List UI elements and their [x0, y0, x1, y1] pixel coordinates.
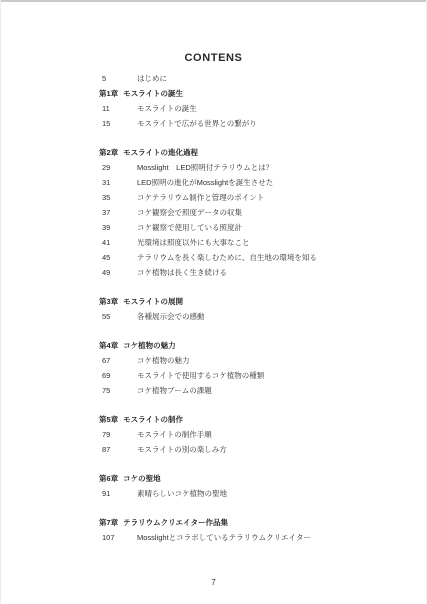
- toc-entry-row: 55各種展示会での感動: [99, 309, 411, 324]
- toc-group: 第7章テラリウムクリエイター作品集107Mosslightとコラボしているテラリ…: [99, 515, 411, 545]
- entry-page-number: 29: [102, 160, 137, 175]
- entry-title: モスライトで広がる世界との繋がり: [137, 116, 257, 131]
- entry-page-number: 45: [102, 250, 137, 265]
- entry-title: Mosslightとコラボしているテラリウムクリエイター: [137, 530, 311, 545]
- entry-title: コケ観察会で照度データの収集: [137, 205, 242, 220]
- entry-page-number: 5: [102, 71, 137, 86]
- toc-entry-row: 5はじめに: [99, 71, 411, 86]
- toc-entry-row: 75コケ植物ブームの課題: [99, 383, 411, 398]
- toc-entry-row: 69モスライトで使用するコケ植物の種類: [99, 368, 411, 383]
- table-of-contents: 5はじめに第1章モスライトの誕生11モスライトの誕生15モスライトで広がる世界と…: [99, 71, 411, 559]
- entry-page-number: 41: [102, 235, 137, 250]
- toc-entry-row: 67コケ植物の魅力: [99, 353, 411, 368]
- toc-chapter-row: 第7章テラリウムクリエイター作品集: [99, 515, 411, 530]
- entry-page-number: 67: [102, 353, 137, 368]
- toc-group: 第4章コケ植物の魅力67コケ植物の魅力69モスライトで使用するコケ植物の種類75…: [99, 338, 411, 398]
- entry-page-number: 31: [102, 175, 137, 190]
- toc-entry-row: 35コケテラリウム制作と管理のポイント: [99, 190, 411, 205]
- toc-group: 第6章コケの聖地91素晴らしいコケ植物の聖地: [99, 471, 411, 501]
- toc-group: 第2章モスライトの進化過程29Mosslight LED照明付テラリウムとは？3…: [99, 145, 411, 280]
- toc-chapter-row: 第6章コケの聖地: [99, 471, 411, 486]
- entry-page-number: 35: [102, 190, 137, 205]
- entry-title: コケ植物は長く生き続ける: [137, 265, 227, 280]
- chapter-title: モスライトの展開: [123, 294, 183, 309]
- toc-chapter-row: 第3章モスライトの展開: [99, 294, 411, 309]
- toc-entry-row: 29Mosslight LED照明付テラリウムとは？: [99, 160, 411, 175]
- entry-title: モスライトの別の楽しみ方: [137, 442, 227, 457]
- toc-chapter-row: 第5章モスライトの制作: [99, 412, 411, 427]
- scan-top-edge: [0, 0, 427, 2]
- entry-title: モスライトの制作手順: [137, 427, 212, 442]
- chapter-number-label: 第4章: [99, 338, 118, 353]
- entry-title: テラリウムを長く楽しむために、自生地の環境を知る: [137, 250, 317, 265]
- footer-page-number: 7: [0, 577, 427, 589]
- entry-page-number: 75: [102, 383, 137, 398]
- toc-chapter-row: 第4章コケ植物の魅力: [99, 338, 411, 353]
- entry-title: コケ観察で使用している照度計: [137, 220, 242, 235]
- toc-entry-row: 41光環境は照度以外にも大事なこと: [99, 235, 411, 250]
- entry-title: コケ植物の魅力: [137, 353, 190, 368]
- book-contents-page: CONTENS 5はじめに第1章モスライトの誕生11モスライトの誕生15モスライ…: [0, 0, 427, 604]
- chapter-number-label: 第5章: [99, 412, 118, 427]
- toc-entry-row: 107Mosslightとコラボしているテラリウムクリエイター: [99, 530, 411, 545]
- entry-title: LED照明の進化がMosslightを誕生させた: [137, 175, 273, 190]
- entry-page-number: 15: [102, 116, 137, 131]
- toc-chapter-row: 第1章モスライトの誕生: [99, 86, 411, 101]
- toc-group: 5はじめに第1章モスライトの誕生11モスライトの誕生15モスライトで広がる世界と…: [99, 71, 411, 131]
- page-title: CONTENS: [0, 52, 427, 64]
- toc-entry-row: 91素晴らしいコケ植物の聖地: [99, 486, 411, 501]
- entry-title: モスライトの誕生: [137, 101, 197, 116]
- entry-title: コケ植物ブームの課題: [137, 383, 212, 398]
- chapter-number-label: 第1章: [99, 86, 118, 101]
- toc-chapter-row: 第2章モスライトの進化過程: [99, 145, 411, 160]
- toc-group: 第5章モスライトの制作79モスライトの制作手順87モスライトの別の楽しみ方: [99, 412, 411, 457]
- toc-entry-row: 31LED照明の進化がMosslightを誕生させた: [99, 175, 411, 190]
- entry-title: Mosslight LED照明付テラリウムとは？: [137, 160, 273, 175]
- entry-page-number: 87: [102, 442, 137, 457]
- entry-title: 素晴らしいコケ植物の聖地: [137, 486, 227, 501]
- toc-entry-row: 87モスライトの別の楽しみ方: [99, 442, 411, 457]
- entry-page-number: 107: [102, 530, 137, 545]
- chapter-title: モスライトの進化過程: [123, 145, 198, 160]
- chapter-number-label: 第2章: [99, 145, 118, 160]
- entry-page-number: 91: [102, 486, 137, 501]
- toc-group: 第3章モスライトの展開55各種展示会での感動: [99, 294, 411, 324]
- entry-title: 光環境は照度以外にも大事なこと: [137, 235, 250, 250]
- toc-entry-row: 15モスライトで広がる世界との繋がり: [99, 116, 411, 131]
- scan-left-edge: [0, 0, 1, 604]
- entry-page-number: 39: [102, 220, 137, 235]
- entry-page-number: 79: [102, 427, 137, 442]
- entry-title: コケテラリウム制作と管理のポイント: [137, 190, 264, 205]
- toc-entry-row: 39コケ観察で使用している照度計: [99, 220, 411, 235]
- chapter-number-label: 第6章: [99, 471, 118, 486]
- toc-entry-row: 37コケ観察会で照度データの収集: [99, 205, 411, 220]
- chapter-title: コケ植物の魅力: [123, 338, 176, 353]
- toc-entry-row: 49コケ植物は長く生き続ける: [99, 265, 411, 280]
- toc-entry-row: 11モスライトの誕生: [99, 101, 411, 116]
- toc-entry-row: 45テラリウムを長く楽しむために、自生地の環境を知る: [99, 250, 411, 265]
- chapter-title: コケの聖地: [123, 471, 161, 486]
- toc-entry-row: 79モスライトの制作手順: [99, 427, 411, 442]
- entry-page-number: 11: [102, 101, 137, 116]
- chapter-title: モスライトの誕生: [123, 86, 183, 101]
- entry-page-number: 49: [102, 265, 137, 280]
- entry-page-number: 37: [102, 205, 137, 220]
- entry-title: 各種展示会での感動: [137, 309, 205, 324]
- entry-title: はじめに: [137, 71, 167, 86]
- entry-page-number: 55: [102, 309, 137, 324]
- entry-title: モスライトで使用するコケ植物の種類: [137, 368, 264, 383]
- chapter-title: テラリウムクリエイター作品集: [123, 515, 228, 530]
- entry-page-number: 69: [102, 368, 137, 383]
- chapter-number-label: 第3章: [99, 294, 118, 309]
- chapter-title: モスライトの制作: [123, 412, 183, 427]
- chapter-number-label: 第7章: [99, 515, 118, 530]
